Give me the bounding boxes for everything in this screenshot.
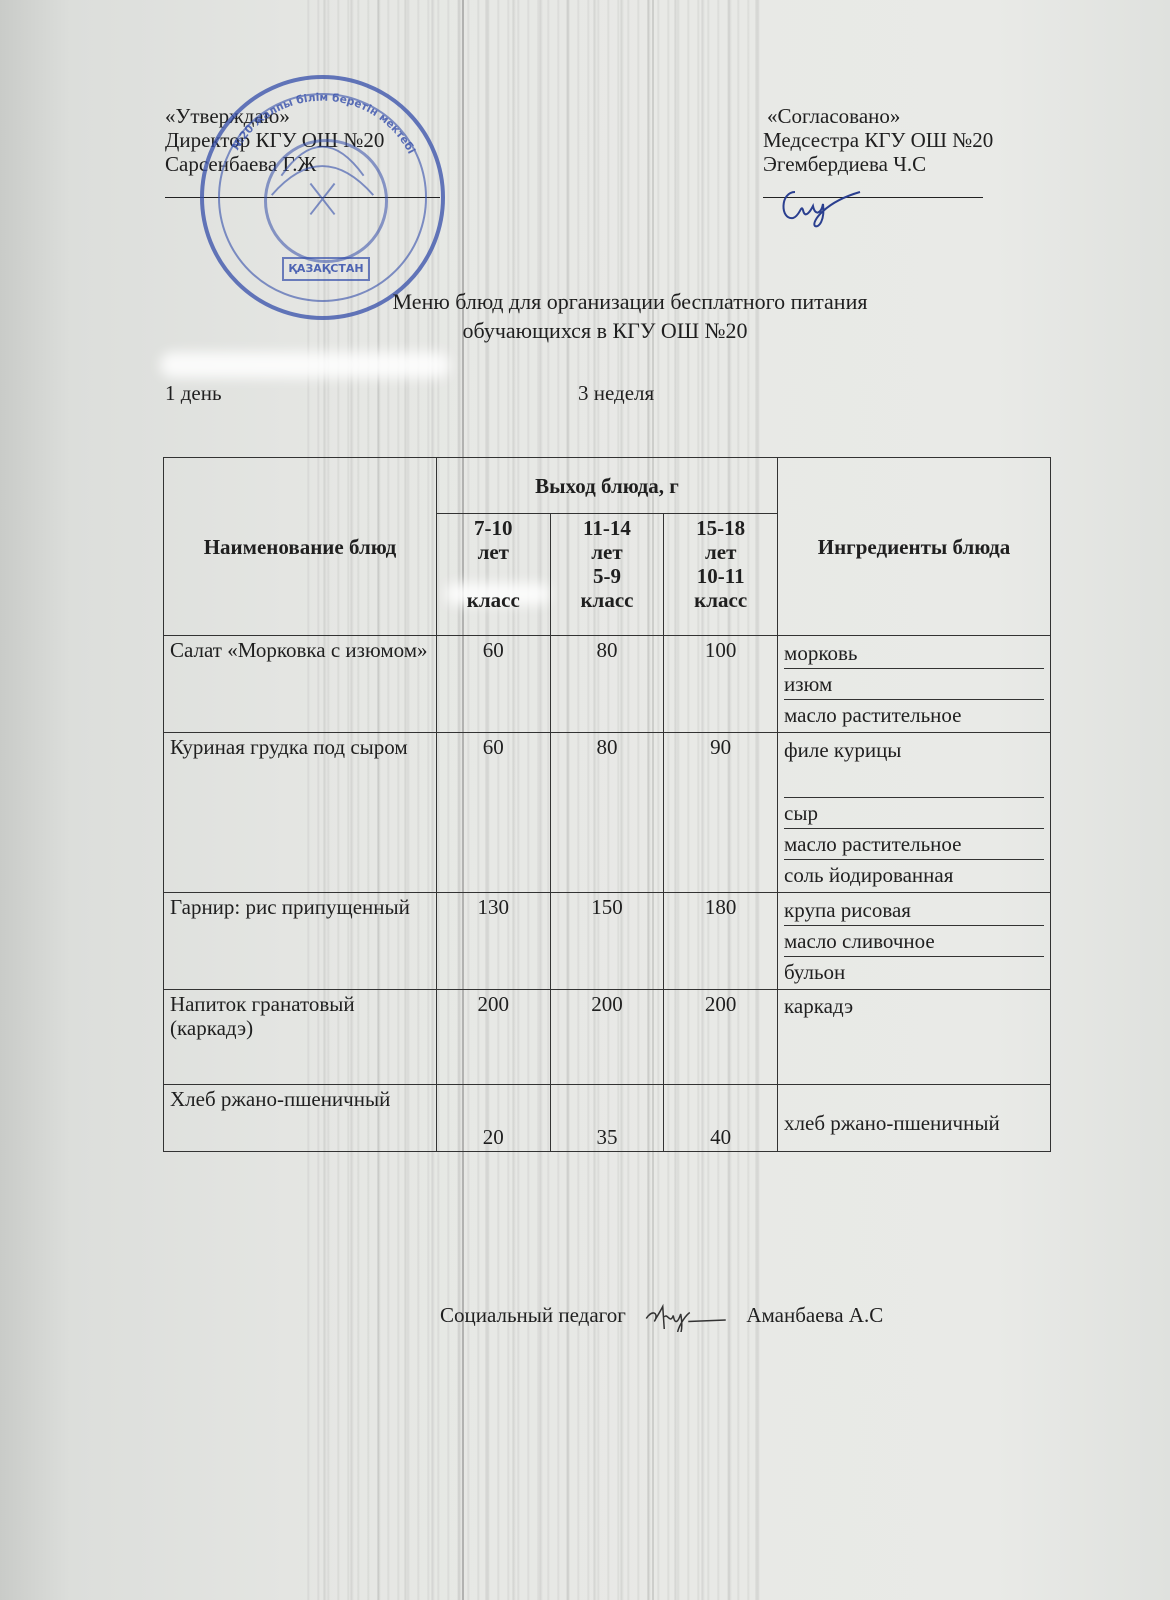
- header-age-group: 7-10леткласс: [436, 514, 550, 636]
- ingredient-item: масло растительное: [784, 700, 1044, 730]
- ingredients-cell: хлеб ржано-пшеничный: [778, 1085, 1051, 1152]
- day-label: 1 день: [165, 381, 222, 406]
- header-age-ages: 11-14: [557, 516, 658, 540]
- ingredient-item: бульон: [784, 957, 1044, 987]
- ingredient-item: каркадэ: [784, 992, 1044, 1082]
- table-row: Хлеб ржано-пшеничный203540хлеб ржано-пше…: [164, 1085, 1051, 1152]
- yield-value: 200: [550, 990, 664, 1085]
- light-glare: [160, 352, 450, 378]
- header-age-unit: лет: [670, 540, 771, 564]
- header-yield: Выход блюда, г: [436, 458, 777, 514]
- ingredient-item: соль йодированная: [784, 860, 1044, 890]
- yield-value: 200: [436, 990, 550, 1085]
- header-age-grade-label: класс: [557, 588, 658, 612]
- yield-value: 90: [664, 733, 778, 893]
- header-ingredients: Ингредиенты блюда: [778, 458, 1051, 636]
- dish-name: Салат «Морковка с изюмом»: [164, 636, 437, 733]
- yield-value: 35: [550, 1085, 664, 1152]
- header-age-grade: 5-9: [557, 564, 658, 588]
- yield-value: 60: [436, 636, 550, 733]
- header-age-group: 15-18лет10-11класс: [664, 514, 778, 636]
- yield-value: 200: [664, 990, 778, 1085]
- ingredients-cell: крупа рисоваямасло сливочноебульон: [778, 893, 1051, 990]
- dish-name: Куриная грудка под сыром: [164, 733, 437, 893]
- ingredient-item: изюм: [784, 669, 1044, 700]
- stamp-emblem-icon: [264, 139, 388, 263]
- ingredient-item: масло растительное: [784, 829, 1044, 860]
- ingredients-cell: морковьизюммасло растительное: [778, 636, 1051, 733]
- ingredient-item: филе курицы: [784, 735, 1044, 798]
- ingredient-item: масло сливочное: [784, 926, 1044, 957]
- footer-role: Социальный педагог: [440, 1303, 626, 1327]
- yield-value: 100: [664, 636, 778, 733]
- agreed-name: Эгембердиева Ч.С: [763, 152, 993, 176]
- yield-value: 150: [550, 893, 664, 990]
- header-age-unit: лет: [443, 540, 544, 564]
- header-age-unit: лет: [557, 540, 658, 564]
- footer-name: Аманбаева А.С: [746, 1303, 883, 1327]
- header-age-group: 11-14лет5-9класс: [550, 514, 664, 636]
- dish-name: Напиток гранатовый (каркадэ): [164, 990, 437, 1085]
- ingredients-cell: филе курицысырмасло растительноесоль йод…: [778, 733, 1051, 893]
- dish-name: Гарнир: рис припущенный: [164, 893, 437, 990]
- header-age-ages: 7-10: [443, 516, 544, 540]
- document-title: Меню блюд для организации бесплатного пи…: [0, 289, 1170, 315]
- yield-value: 130: [436, 893, 550, 990]
- stamp-center-text: ҚАЗАҚСТАН: [282, 257, 370, 281]
- pedagog-signature-icon: [631, 1302, 741, 1332]
- ingredient-item: сыр: [784, 798, 1044, 829]
- yield-value: 180: [664, 893, 778, 990]
- dish-name: Хлеб ржано-пшеничный: [164, 1085, 437, 1152]
- official-stamp: №20 жалпы білім беретін мектебі ҚАЗАҚСТА…: [200, 75, 445, 320]
- header-age-grade: 10-11: [670, 564, 771, 588]
- table-row: Салат «Морковка с изюмом»6080100морковьи…: [164, 636, 1051, 733]
- ingredients-cell: каркадэ: [778, 990, 1051, 1085]
- ingredient-item: морковь: [784, 638, 1044, 669]
- menu-table: Наименование блюд Выход блюда, г Ингреди…: [163, 457, 1051, 1152]
- yield-value: 40: [664, 1085, 778, 1152]
- yield-value: 60: [436, 733, 550, 893]
- table-row: Куриная грудка под сыром608090филе куриц…: [164, 733, 1051, 893]
- ingredient-item: крупа рисовая: [784, 895, 1044, 926]
- header-dish-name: Наименование блюд: [164, 458, 437, 636]
- header-age-ages: 15-18: [670, 516, 771, 540]
- week-label: 3 неделя: [578, 381, 654, 406]
- yield-value: 80: [550, 733, 664, 893]
- agreed-position: Медсестра КГУ ОШ №20: [763, 128, 993, 152]
- yield-value: 80: [550, 636, 664, 733]
- yield-value: 20: [436, 1085, 550, 1152]
- nurse-signature-icon: [775, 180, 865, 230]
- header-age-grade: [443, 564, 544, 588]
- table-row: Гарнир: рис припущенный130150180крупа ри…: [164, 893, 1051, 990]
- table-row: Напиток гранатовый (каркадэ)200200200кар…: [164, 990, 1051, 1085]
- footer-signature: Социальный педагог Аманбаева А.С: [440, 1302, 883, 1332]
- agreed-heading: «Согласовано»: [763, 104, 993, 128]
- ingredient-item: хлеб ржано-пшеничный: [784, 1087, 1044, 1149]
- header-age-grade-label: класс: [670, 588, 771, 612]
- document-subtitle: обучающихся в КГУ ОШ №20: [0, 318, 1170, 344]
- header-age-grade-label: класс: [443, 588, 544, 612]
